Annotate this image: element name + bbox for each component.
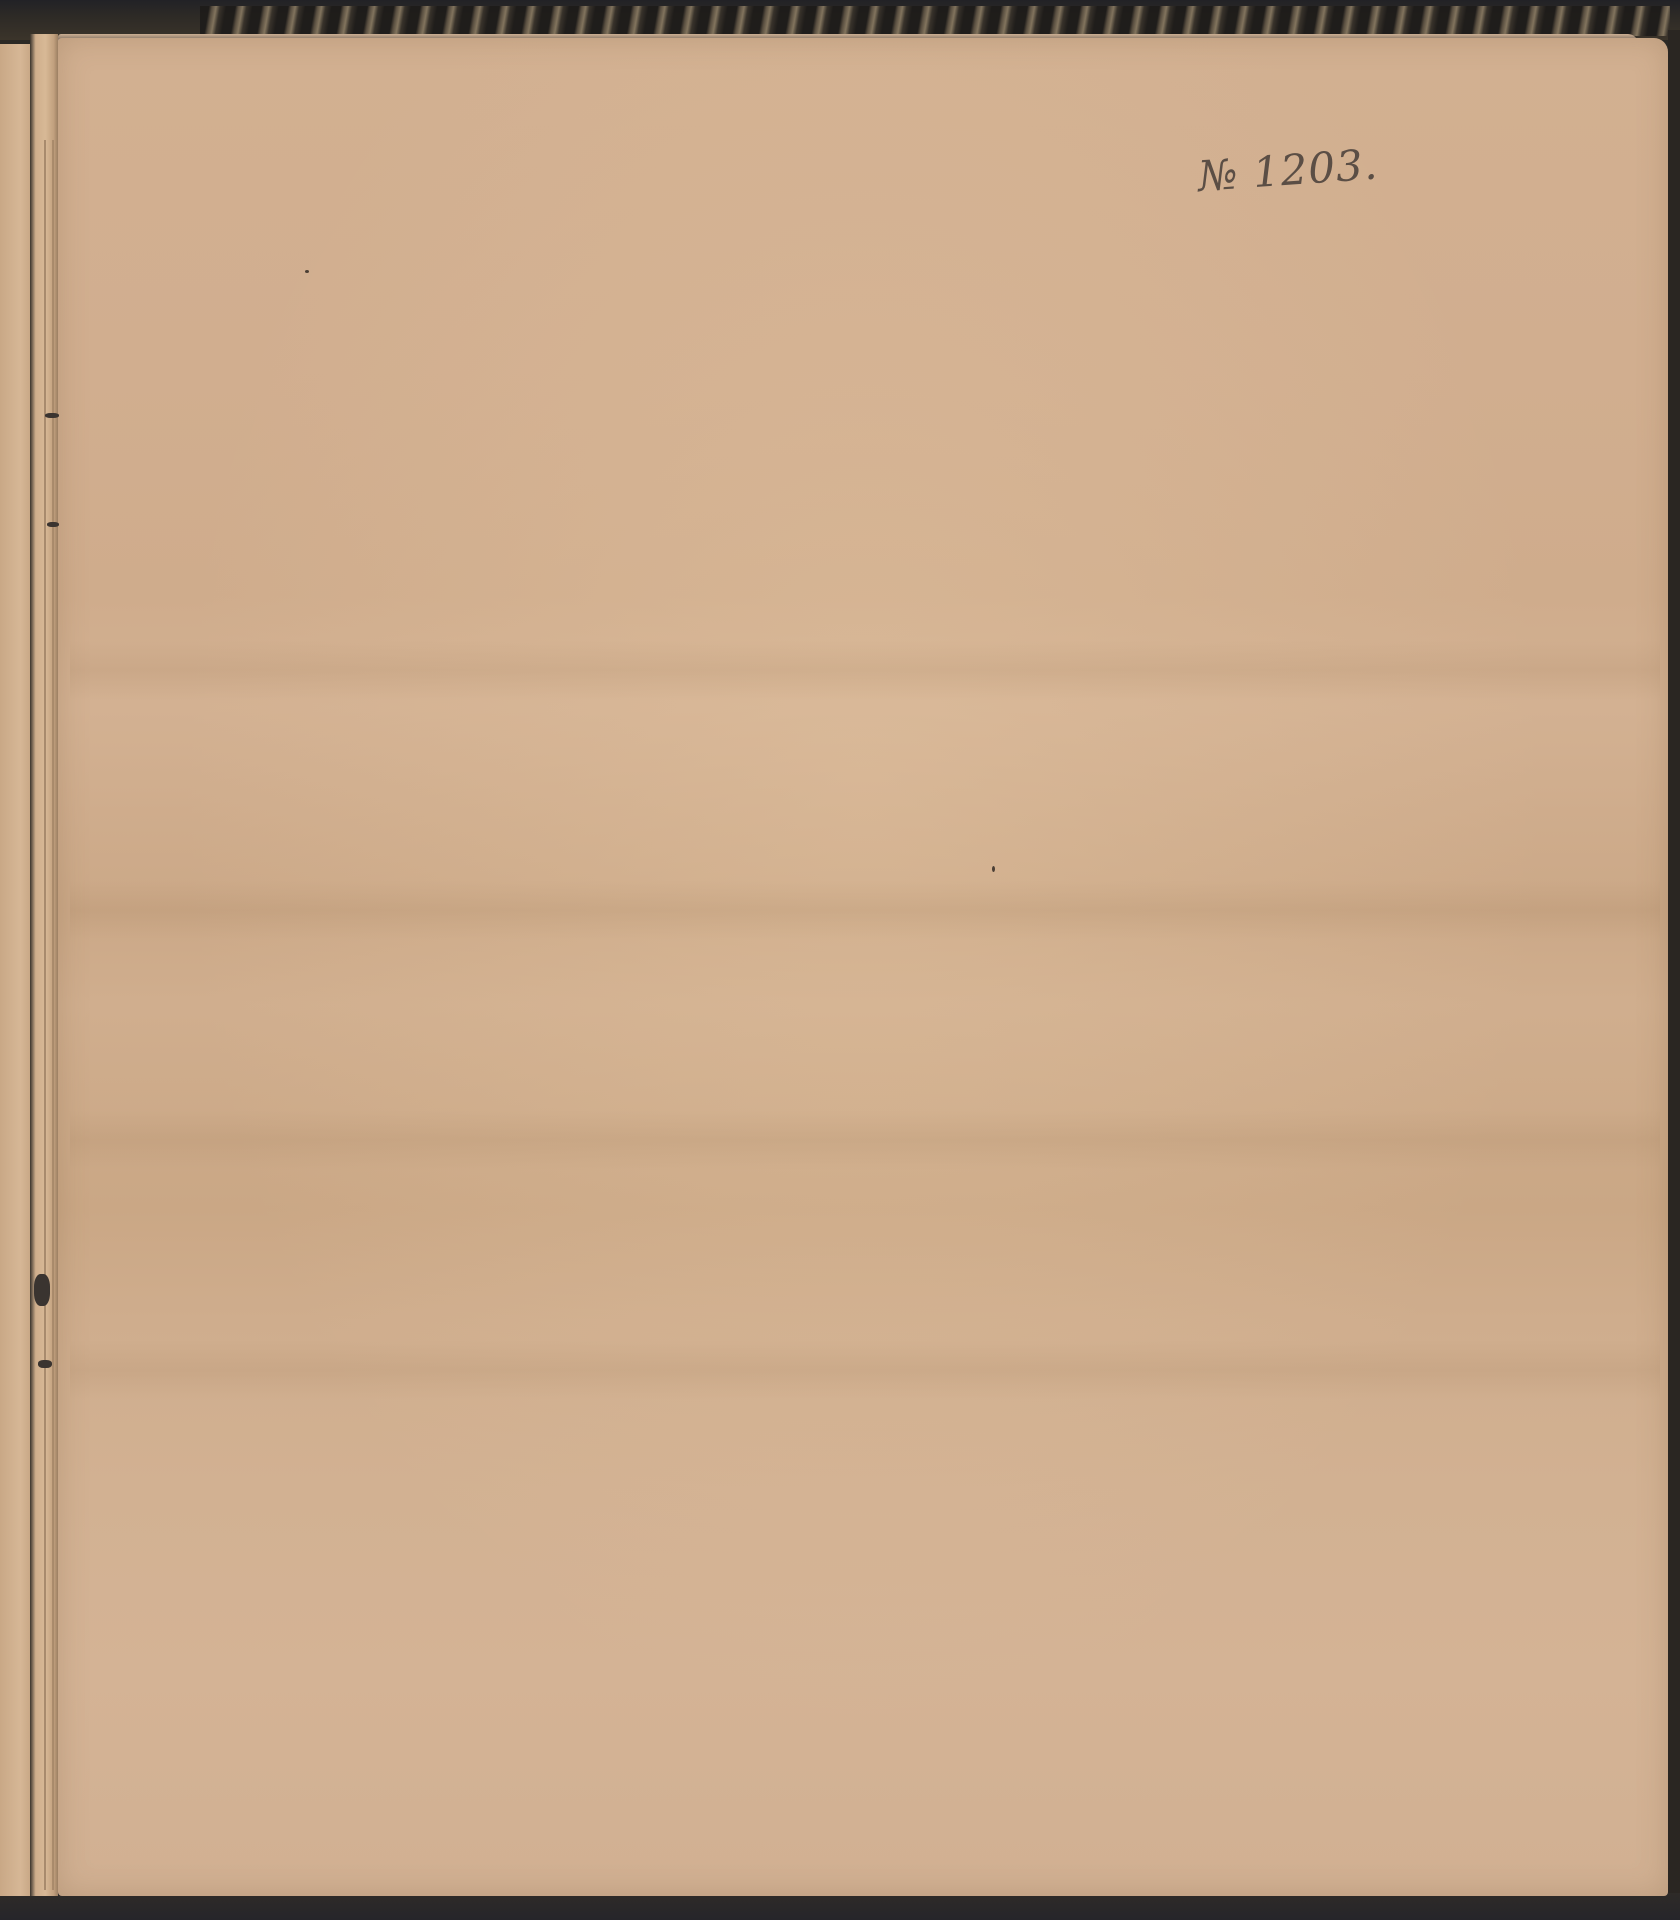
paper-wave [70,640,1660,700]
paper-wave [70,1110,1660,1170]
binding-hole [34,1274,50,1306]
paper-wave [70,880,1660,940]
stitch-mark [47,522,59,527]
paper-wave [70,1340,1660,1400]
book-cover-right-edge [1668,30,1680,1910]
hinge-crease [52,140,54,1890]
book-page [58,38,1668,1896]
marbled-cover-edge [200,6,1670,36]
stitch-mark [38,1360,52,1368]
stitch-mark [45,413,59,418]
paper-speck [992,866,995,872]
book-cover-bottom-edge [0,1893,1680,1920]
left-flyleaf [0,44,34,1896]
paper-speck [305,270,309,273]
hinge-crease [44,140,46,1890]
